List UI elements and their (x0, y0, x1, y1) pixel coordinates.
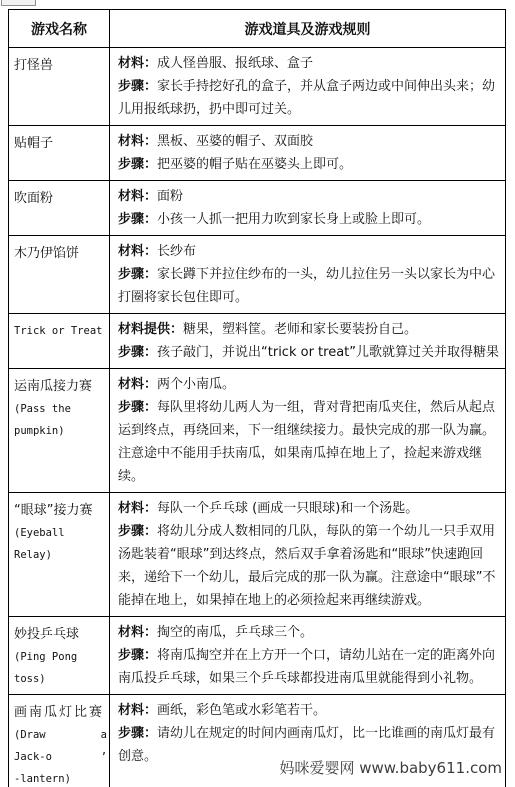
game-rules-cell: 材料：长纱布步骤：家长蹲下并拉住纱布的一头，幼儿拉住另一头以家长为中心打圈将家长… (110, 236, 506, 314)
paragraph-label: 材料： (118, 625, 157, 640)
game-name-line: (Drawa (14, 724, 107, 746)
game-rules-cell: 材料：两个小南瓜。步骤：每队里将幼儿两人为一组，背对背把南瓜夹住，然后从起点运到… (110, 369, 506, 493)
paragraph-text: 孩子敲门，并说出“trick or treat”儿歌就算过关并取得糖果 (157, 345, 499, 360)
rule-paragraph: 材料：掏空的南瓜，乒乓球三个。 (118, 621, 503, 644)
paragraph-label: 步骤： (118, 726, 157, 741)
game-name-line: 吹面粉 (14, 187, 107, 210)
paragraph-text: 每队里将幼儿两人为一组，背对背把南瓜夹住，然后从起点运到终点，再绕回来，下一组继… (118, 400, 495, 484)
game-name-line: Relay) (14, 544, 107, 566)
rule-paragraph: 步骤：小孩一人抓一把用力吹到家长身上或脸上即可。 (118, 208, 503, 231)
paragraph-label: 步骤： (118, 212, 157, 227)
table-header: 游戏名称 游戏道具及游戏规则 (9, 10, 506, 48)
paragraph-label: 步骤： (118, 400, 157, 415)
paragraph-label: 材料提供： (118, 322, 183, 337)
game-name-line: (Eyeball (14, 522, 107, 544)
paragraph-text: 将南瓜掏空并在上方开一个口，请幼儿站在一定的距离外向南瓜投乒乓球，如果三个乒乓球… (118, 648, 495, 686)
rule-paragraph: 材料：长纱布 (118, 240, 503, 263)
paragraph-label: 材料： (118, 377, 157, 392)
paragraph-text: 将幼儿分成人数相同的几队，每队的第一个幼儿一只手双用汤匙装着“眼球”到达终点，然… (118, 524, 495, 608)
paragraph-label: 材料： (118, 56, 157, 71)
game-name-cell: Trick or Treat (9, 314, 110, 369)
game-rules-cell: 材料：每队一个乒乓球 (画成一只眼球)和一个汤匙。步骤：将幼儿分成人数相同的几队… (110, 493, 506, 617)
game-name-line: (Pass the (14, 398, 107, 420)
game-name-cell: 运南瓜接力赛(Pass thepumpkin) (9, 369, 110, 493)
game-name-cell: 打怪兽 (9, 48, 110, 126)
rule-paragraph: 材料提供：糖果，塑料筐。老师和家长要装扮自己。 (118, 318, 503, 341)
game-name-line: 贴帽子 (14, 132, 107, 155)
table-row: 贴帽子材料：黑板、巫婆的帽子、双面胶步骤：把巫婆的帽子贴在巫婆头上即可。 (9, 126, 506, 181)
table-row: 吹面粉材料：面粉步骤：小孩一人抓一把用力吹到家长身上或脸上即可。 (9, 181, 506, 236)
rule-paragraph: 步骤：家长蹲下并拉住纱布的一头，幼儿拉住另一头以家长为中心打圈将家长包住即可。 (118, 263, 503, 309)
game-name-line: -lantern) (14, 768, 107, 787)
rule-paragraph: 步骤：将南瓜掏空并在上方开一个口，请幼儿站在一定的距离外向南瓜投乒乓球，如果三个… (118, 644, 503, 690)
paragraph-label: 步骤： (118, 157, 157, 172)
game-name-line: 木乃伊馅饼 (14, 242, 107, 265)
col-header-props-rules: 游戏道具及游戏规则 (110, 10, 506, 48)
table-row: 妙投乒乓球(Ping Pongtoss)材料：掏空的南瓜，乒乓球三个。步骤：将南… (9, 617, 506, 695)
paragraph-label: 材料： (118, 703, 157, 718)
game-name-line: 运南瓜接力赛 (14, 375, 107, 398)
document-page: 游戏名称 游戏道具及游戏规则 打怪兽材料：成人怪兽服、报纸球、盒子步骤：家长手持… (0, 0, 515, 787)
game-name-line: 画南瓜灯比赛 (14, 701, 107, 724)
game-name-cell: 画南瓜灯比赛(DrawaJack-o’-lantern) (9, 695, 110, 787)
rule-paragraph: 步骤：把巫婆的帽子贴在巫婆头上即可。 (118, 153, 503, 176)
game-name-line: Jack-o’ (14, 746, 107, 768)
rule-paragraph: 步骤：孩子敲门，并说出“trick or treat”儿歌就算过关并取得糖果 (118, 341, 503, 364)
game-name-line: 妙投乒乓球 (14, 623, 107, 646)
rule-paragraph: 材料：黑板、巫婆的帽子、双面胶 (118, 130, 503, 153)
table-row: “眼球”接力赛(EyeballRelay)材料：每队一个乒乓球 (画成一只眼球)… (9, 493, 506, 617)
paragraph-text: 长纱布 (157, 244, 196, 259)
game-name-line: toss) (14, 668, 107, 690)
games-table: 游戏名称 游戏道具及游戏规则 打怪兽材料：成人怪兽服、报纸球、盒子步骤：家长手持… (8, 9, 506, 787)
paragraph-text: 每队一个乒乓球 (画成一只眼球)和一个汤匙。 (157, 501, 418, 516)
paragraph-text: 成人怪兽服、报纸球、盒子 (157, 56, 313, 71)
clipped-box-artifact (1, 0, 36, 6)
paragraph-label: 步骤： (118, 524, 157, 539)
game-name-cell: 木乃伊馅饼 (9, 236, 110, 314)
rule-paragraph: 步骤：家长手持挖好孔的盒子，并从盒子两边或中间伸出头来；幼儿用报纸球扔，扔中即可… (118, 75, 503, 121)
paragraph-text: 两个小南瓜。 (157, 377, 235, 392)
rule-paragraph: 材料：面粉 (118, 185, 503, 208)
rule-paragraph: 材料：每队一个乒乓球 (画成一只眼球)和一个汤匙。 (118, 497, 503, 520)
game-name-line: pumpkin) (14, 420, 107, 442)
rule-paragraph: 材料：画纸，彩色笔或水彩笔若干。 (118, 699, 503, 722)
game-name-line: (Ping Pong (14, 646, 107, 668)
game-name-cell: 妙投乒乓球(Ping Pongtoss) (9, 617, 110, 695)
game-name-line: 打怪兽 (14, 54, 107, 77)
rule-paragraph: 材料：成人怪兽服、报纸球、盒子 (118, 52, 503, 75)
paragraph-text: 面粉 (157, 189, 183, 204)
game-name-cell: “眼球”接力赛(EyeballRelay) (9, 493, 110, 617)
paragraph-label: 材料： (118, 501, 157, 516)
rule-paragraph: 步骤：每队里将幼儿两人为一组，背对背把南瓜夹住，然后从起点运到终点，再绕回来，下… (118, 396, 503, 488)
paragraph-text: 黑板、巫婆的帽子、双面胶 (157, 134, 313, 149)
game-name-cell: 吹面粉 (9, 181, 110, 236)
table-row: 运南瓜接力赛(Pass thepumpkin)材料：两个小南瓜。步骤：每队里将幼… (9, 369, 506, 493)
paragraph-text: 掏空的南瓜，乒乓球三个。 (157, 625, 313, 640)
paragraph-label: 步骤： (118, 345, 157, 360)
site-watermark: 妈咪爱婴网 www.baby611.com (279, 757, 502, 778)
paragraph-text: 把巫婆的帽子贴在巫婆头上即可。 (157, 157, 352, 172)
game-name-cell: 贴帽子 (9, 126, 110, 181)
game-name-line: Trick or Treat (14, 320, 107, 342)
paragraph-text: 糖果，塑料筐。老师和家长要装扮自己。 (183, 322, 417, 337)
table-body: 打怪兽材料：成人怪兽服、报纸球、盒子步骤：家长手持挖好孔的盒子，并从盒子两边或中… (9, 48, 506, 787)
paragraph-text: 画纸，彩色笔或水彩笔若干。 (157, 703, 326, 718)
paragraph-label: 材料： (118, 134, 157, 149)
game-rules-cell: 材料：黑板、巫婆的帽子、双面胶步骤：把巫婆的帽子贴在巫婆头上即可。 (110, 126, 506, 181)
table-row: 木乃伊馅饼材料：长纱布步骤：家长蹲下并拉住纱布的一头，幼儿拉住另一头以家长为中心… (9, 236, 506, 314)
game-rules-cell: 材料：掏空的南瓜，乒乓球三个。步骤：将南瓜掏空并在上方开一个口，请幼儿站在一定的… (110, 617, 506, 695)
game-name-line: “眼球”接力赛 (14, 499, 107, 522)
table-row: Trick or Treat材料提供：糖果，塑料筐。老师和家长要装扮自己。步骤：… (9, 314, 506, 369)
header-row: 游戏名称 游戏道具及游戏规则 (9, 10, 506, 48)
col-header-game-name: 游戏名称 (9, 10, 110, 48)
paragraph-text: 小孩一人抓一把用力吹到家长身上或脸上即可。 (157, 212, 430, 227)
paragraph-label: 材料： (118, 189, 157, 204)
paragraph-label: 步骤： (118, 648, 157, 663)
game-rules-cell: 材料提供：糖果，塑料筐。老师和家长要装扮自己。步骤：孩子敲门，并说出“trick… (110, 314, 506, 369)
paragraph-text: 家长蹲下并拉住纱布的一头，幼儿拉住另一头以家长为中心打圈将家长包住即可。 (118, 267, 495, 305)
paragraph-label: 步骤： (118, 79, 157, 94)
paragraph-text: 家长手持挖好孔的盒子，并从盒子两边或中间伸出头来；幼儿用报纸球扔，扔中即可过关。 (118, 79, 495, 117)
rule-paragraph: 步骤：将幼儿分成人数相同的几队，每队的第一个幼儿一只手双用汤匙装着“眼球”到达终… (118, 520, 503, 612)
paragraph-label: 材料： (118, 244, 157, 259)
paragraph-label: 步骤： (118, 267, 157, 282)
game-rules-cell: 材料：面粉步骤：小孩一人抓一把用力吹到家长身上或脸上即可。 (110, 181, 506, 236)
rule-paragraph: 材料：两个小南瓜。 (118, 373, 503, 396)
table-row: 打怪兽材料：成人怪兽服、报纸球、盒子步骤：家长手持挖好孔的盒子，并从盒子两边或中… (9, 48, 506, 126)
game-rules-cell: 材料：成人怪兽服、报纸球、盒子步骤：家长手持挖好孔的盒子，并从盒子两边或中间伸出… (110, 48, 506, 126)
